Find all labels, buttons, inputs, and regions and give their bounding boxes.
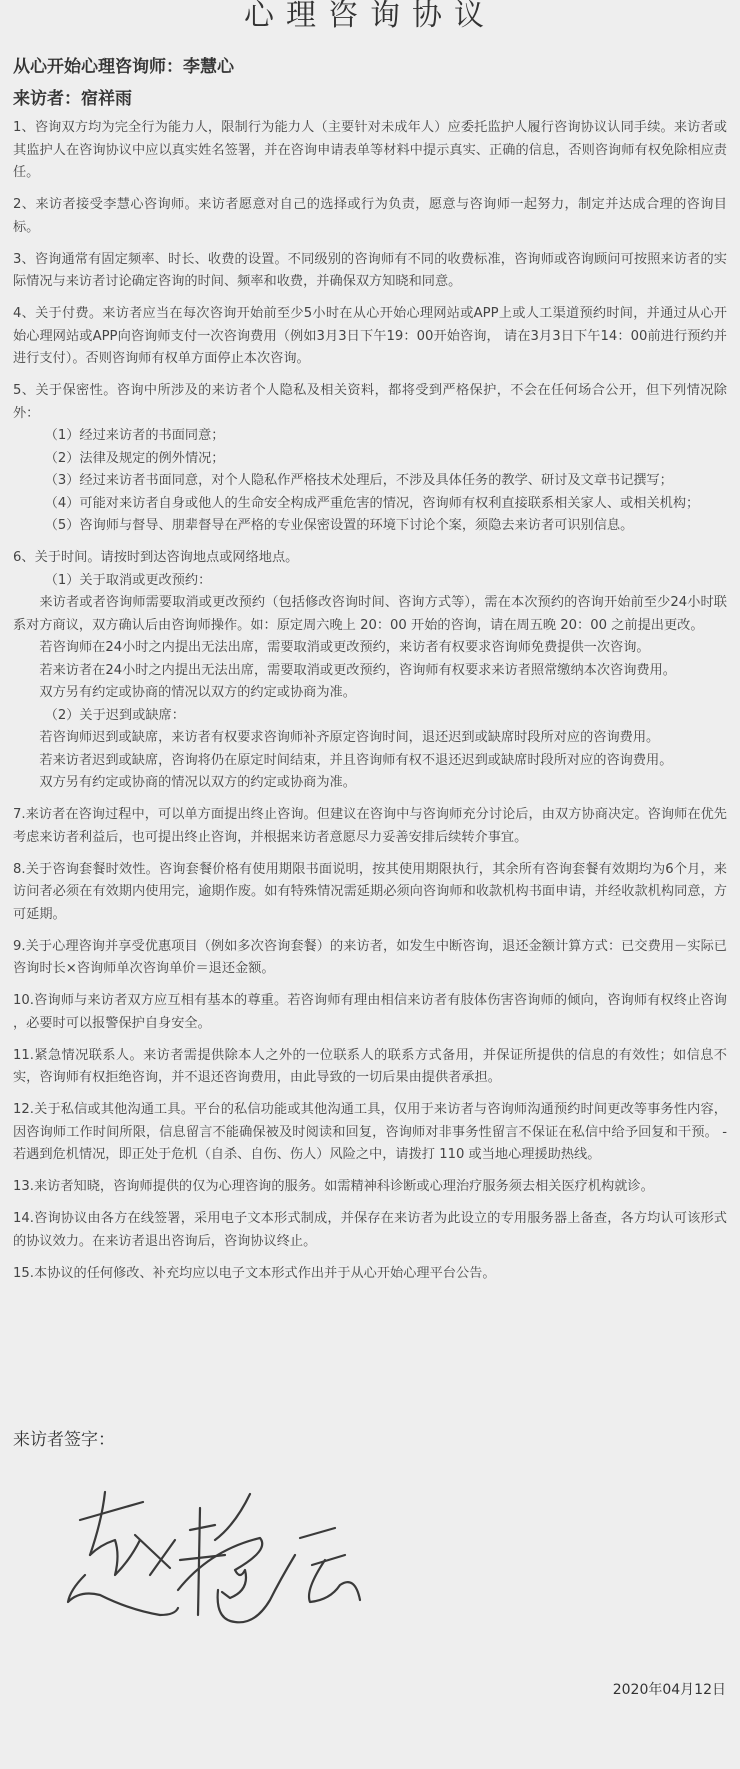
clause-4: 4、关于付费。来访者应当在每次咨询开始前至少5小时在从心开始心理网站或APP上或… bbox=[13, 303, 727, 371]
clause-6-item: 若咨询师迟到或缺席，来访者有权要求咨询师补齐原定咨询时间，退还迟到或缺席时段所对… bbox=[13, 727, 727, 750]
clause-5-item: （5）咨询师与督导、朋辈督导在严格的专业保密设置的环境下讨论个案，须隐去来访者可… bbox=[13, 515, 727, 538]
clause-3: 3、咨询通常有固定频率、时长、收费的设置。不同级别的咨询师有不同的收费标准，咨询… bbox=[13, 249, 727, 294]
clause-6-item: 若来访者在24小时之内提出无法出席，需要取消或更改预约，咨询师有权要求来访者照常… bbox=[13, 660, 727, 683]
clause-6-item: （2）关于迟到或缺席： bbox=[13, 705, 727, 728]
clause-5-item: （1）经过来访者的书面同意； bbox=[13, 425, 727, 448]
clause-6-item: 来访者或者咨询师需要取消或更改预约（包括修改咨询时间、咨询方式等），需在本次预约… bbox=[13, 592, 727, 637]
clause-6-item: 双方另有约定或协商的情况以双方的约定或协商为准。 bbox=[13, 682, 727, 705]
agreement-body: 1、咨询双方均为完全行为能力人，限制行为能力人（主要针对未成年人）应委托监护人履… bbox=[13, 117, 727, 1295]
handwritten-signature-icon bbox=[60, 1480, 380, 1640]
clause-12: 12.关于私信或其他沟通工具。平台的私信功能或其他沟通工具，仅用于来访者与咨询师… bbox=[13, 1099, 727, 1167]
clause-6-item: 双方另有约定或协商的情况以双方的约定或协商为准。 bbox=[13, 772, 727, 795]
signature-label: 来访者签字： bbox=[13, 1425, 115, 1450]
clause-6-item: 若来访者迟到或缺席，咨询将仍在原定时间结束，并且咨询师有权不退还迟到或缺席时段所… bbox=[13, 750, 727, 773]
clause-5-item: （4）可能对来访者自身或他人的生命安全构成严重危害的情况，咨询师有权利直接联系相… bbox=[13, 493, 727, 516]
page-title: 心理咨询协议 bbox=[0, 0, 740, 32]
clause-5-item: （3）经过来访者书面同意，对个人隐私作严格技术处理后，不涉及具体任务的教学、研讨… bbox=[13, 470, 727, 493]
clause-5-item: （2）法律及规定的例外情况； bbox=[13, 448, 727, 471]
clause-13: 13.来访者知晓，咨询师提供的仅为心理咨询的服务。如需精神科诊断或心理治疗服务须… bbox=[13, 1176, 727, 1199]
clause-6-item: （1）关于取消或更改预约： bbox=[13, 570, 727, 593]
clause-5-text: 5、关于保密性。咨询中所涉及的来访者个人隐私及相关资料，都将受到严格保护，不会在… bbox=[13, 380, 727, 425]
clause-6-text: 6、关于时间。请按时到达咨询地点或网络地点。 bbox=[13, 547, 727, 570]
clause-11: 11.紧急情况联系人。来访者需提供除本人之外的一位联系人的联系方式备用，并保证所… bbox=[13, 1045, 727, 1090]
clause-6-item: 若咨询师在24小时之内提出无法出席，需要取消或更改预约，来访者有权要求咨询师免费… bbox=[13, 637, 727, 660]
clause-1: 1、咨询双方均为完全行为能力人，限制行为能力人（主要针对未成年人）应委托监护人履… bbox=[13, 117, 727, 185]
client-line: 来访者：宿祥雨 bbox=[13, 84, 132, 109]
clause-10: 10.咨询师与来访者双方应互相有基本的尊重。若咨询师有理由相信来访者有肢体伤害咨… bbox=[13, 990, 727, 1035]
clause-9: 9.关于心理咨询并享受优惠项目（例如多次咨询套餐）的来访者，如发生中断咨询，退还… bbox=[13, 936, 727, 981]
clause-6: 6、关于时间。请按时到达咨询地点或网络地点。 （1）关于取消或更改预约： 来访者… bbox=[13, 547, 727, 795]
signature-date: 2020年04月12日 bbox=[613, 1679, 726, 1699]
clause-8: 8.关于咨询套餐时效性。咨询套餐价格有使用期限书面说明，按其使用期限执行，其余所… bbox=[13, 859, 727, 927]
clause-7: 7.来访者在咨询过程中，可以单方面提出终止咨询。但建议在咨询中与咨询师充分讨论后… bbox=[13, 804, 727, 849]
counselor-line: 从心开始心理咨询师：李慧心 bbox=[13, 52, 234, 77]
clause-15: 15.本协议的任何修改、补充均应以电子文本形式作出并于从心开始心理平台公告。 bbox=[13, 1263, 727, 1286]
clause-2: 2、来访者接受李慧心咨询师。来访者愿意对自己的选择或行为负责，愿意与咨询师一起努… bbox=[13, 194, 727, 239]
clause-14: 14.咨询协议由各方在线签署，采用电子文本形式制成，并保存在来访者为此设立的专用… bbox=[13, 1208, 727, 1253]
clause-5: 5、关于保密性。咨询中所涉及的来访者个人隐私及相关资料，都将受到严格保护，不会在… bbox=[13, 380, 727, 538]
